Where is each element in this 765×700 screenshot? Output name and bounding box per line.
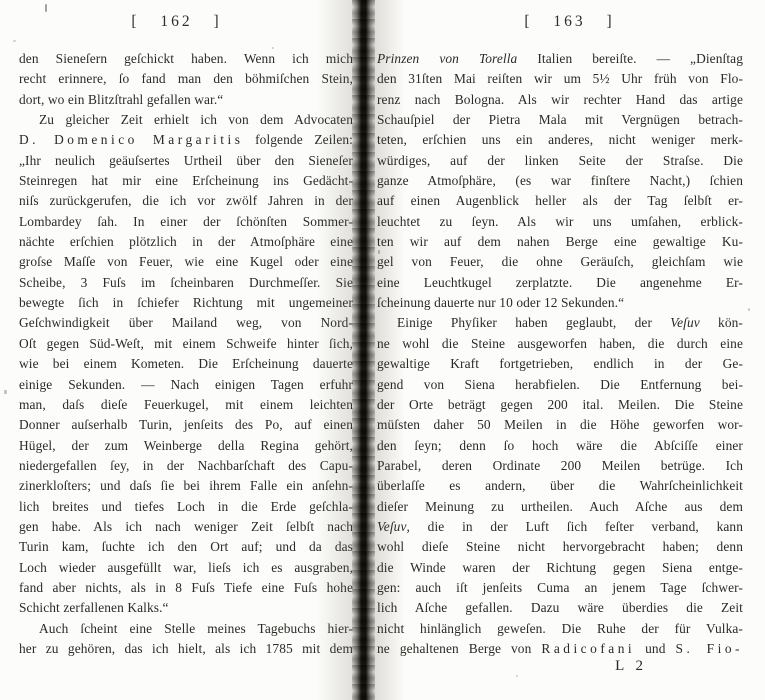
text-line: Geſchwindigkeit über Mailand weg, von No… bbox=[19, 313, 353, 333]
text-line: bewegte ſich in ſchiefer Richtung mit un… bbox=[19, 293, 353, 313]
scan-speck bbox=[4, 390, 7, 394]
text-line: niedergefallen ſey, in der Nachbarſchaft… bbox=[19, 456, 353, 476]
text-line: Auch ſcheint eine Stelle meines Tagebuch… bbox=[19, 619, 353, 639]
text-line: den ſeyn; denn ſo hoch wäre die Abſciſſe… bbox=[377, 436, 743, 456]
left-page-text-block: den Sieneſern geſchickt haben. Wenn ich … bbox=[19, 49, 353, 659]
text-line: leuchtet zu ſeyn. Als wir uns umſahen, e… bbox=[377, 212, 743, 232]
text-line: Lombardey ſah. In einer der ſchönſten So… bbox=[19, 212, 353, 232]
text-line: Scheibe, 3 Fuſs im ſcheinbaren Durchmeſſ… bbox=[19, 273, 353, 293]
text-line: gewaltige Kraft fortgetrieben, endlich i… bbox=[377, 354, 743, 374]
text-line: würdiges, auf der linken Seite der Straſ… bbox=[377, 151, 743, 171]
left-page-number: [ 162 ] bbox=[0, 13, 353, 31]
text-line: Einige Phyſiker haben geglaubt, der Veſu… bbox=[377, 313, 743, 333]
text-line: ne gehaltenen Berge von Radicofani und S… bbox=[377, 639, 743, 659]
text-line: niſs zurückgerufen, die ich vor zwölf Ja… bbox=[19, 191, 353, 211]
text-line: dieſer Meinung zu urtheilen. Auch Aſche … bbox=[377, 497, 743, 517]
text-line: den 31ſten Mai reiſten wir um 5½ Uhr frü… bbox=[377, 69, 743, 89]
scan-speck bbox=[377, 448, 380, 451]
right-page: [ 163 ] Prinzen von Torella Italien bere… bbox=[374, 0, 765, 700]
text-line: renz nach Bologna. Als wir rechter Hand … bbox=[377, 90, 743, 110]
text-line: fand aber nichts, als in 8 Fuſs Tiefe ei… bbox=[19, 578, 353, 598]
text-line: die Winde waren der Richtung gegen Siena… bbox=[377, 558, 743, 578]
text-line: ſcheinung dauerte nur 10 oder 12 Sekunde… bbox=[377, 293, 743, 313]
text-line: müſsten daher 50 Meilen in die Höhe gewo… bbox=[377, 415, 743, 435]
text-line: den Sieneſern geſchickt haben. Wenn ich … bbox=[19, 49, 353, 69]
text-line: gend von Siena herabfielen. Die Entfernu… bbox=[377, 375, 743, 395]
text-line: nicht hinlänglich geweſen. Die Ruhe der … bbox=[377, 619, 743, 639]
text-line: recht erinnere, ſo fand man den böhmiſch… bbox=[19, 69, 353, 89]
text-line: Schicht zerfallenen Kalks.“ bbox=[19, 598, 353, 618]
text-line: lich Aſche gefallen. Dazu wäre überdies … bbox=[377, 598, 743, 618]
left-page: [ 162 ] den Sieneſern geſchickt haben. W… bbox=[0, 0, 353, 700]
text-line: Hügel, der zum Weinberge della Regina ge… bbox=[19, 436, 353, 456]
signature-mark: L 2 bbox=[374, 658, 765, 675]
text-line: gel von Feuer, die ohne Geräuſch, gleich… bbox=[377, 252, 743, 272]
text-line: Parabel, deren Ordinate 200 Meilen betrü… bbox=[377, 456, 743, 476]
text-line: wie bei einem Kometen. Die Erſcheinung d… bbox=[19, 354, 353, 374]
text-line: Oſt gegen Süd-Weſt, mit einem Schweife h… bbox=[19, 334, 353, 354]
text-line: der Orte beträgt gegen 200 ital. Meilen.… bbox=[377, 395, 743, 415]
text-line: Schauſpiel der Pietra Mala mit Vergnügen… bbox=[377, 110, 743, 130]
text-line: ten wir auf dem nahen Berge eine gewalti… bbox=[377, 232, 743, 252]
text-line: teten, erſchien uns ein anderes, nicht w… bbox=[377, 130, 743, 150]
scan-speck bbox=[13, 40, 16, 42]
text-line: D. Domenico Margaritis folgende Zeilen: bbox=[19, 130, 353, 150]
text-line: zinerkloſters; und daſs ſie bei ihrem Fa… bbox=[19, 476, 353, 496]
text-line: Veſuv, die in der Luft ſich feſter verba… bbox=[377, 517, 743, 537]
text-line: einige Sekunden. — Nach einigen Tagen er… bbox=[19, 375, 353, 395]
text-line: überlaſſe es andern, über die Wahrſchein… bbox=[377, 476, 743, 496]
text-line: auf einen Augenblick heller als der Tag … bbox=[377, 191, 743, 211]
text-line: man, daſs dieſe Feuerkugel, mit einem le… bbox=[19, 395, 353, 415]
text-line: eine Leuchtkugel zerplatzte. Die angeneh… bbox=[377, 273, 743, 293]
text-line: ganze Atmoſphäre, (es war finſtere Nacht… bbox=[377, 171, 743, 191]
right-page-text-block: Prinzen von Torella Italien bereiſte. — … bbox=[377, 49, 743, 659]
text-line: Zu gleicher Zeit erhielt ich von dem Adv… bbox=[19, 110, 353, 130]
text-line: gen habe. Als ich nach weniger Zeit ſelb… bbox=[19, 517, 353, 537]
text-line: Donner auſserhalb Turin, jenſeits des Po… bbox=[19, 415, 353, 435]
text-line: lich breites und tiefes Loch in die Erde… bbox=[19, 497, 353, 517]
right-page-number: [ 163 ] bbox=[374, 13, 765, 31]
scan-speck bbox=[45, 4, 47, 12]
text-line: ne wohl die Steine ausgeworfen haben, di… bbox=[377, 334, 743, 354]
text-line: dort, wo ein Blitzſtrahl gefallen war.“ bbox=[19, 90, 353, 110]
scan-speck bbox=[516, 675, 518, 677]
text-line: wohl dieſe Steine nicht hervorgebracht h… bbox=[377, 537, 743, 557]
text-line: Steinregen hat mir eine Erſcheinung ins … bbox=[19, 171, 353, 191]
text-line: nächte erſchien plötzlich in der Atmoſph… bbox=[19, 232, 353, 252]
text-line: gen: auch iſt jenſeits Cuma an jenem Tag… bbox=[377, 578, 743, 598]
book-gutter-shadow bbox=[352, 0, 375, 700]
text-line: „Ihr neulich geäuſsertes Urtheil über de… bbox=[19, 151, 353, 171]
text-line: groſse Maſſe von Feuer, wie eine Kugel o… bbox=[19, 252, 353, 272]
text-line: Turin kam, ſuchte ich den Ort auf; und d… bbox=[19, 537, 353, 557]
text-line: Prinzen von Torella Italien bereiſte. — … bbox=[377, 49, 743, 69]
text-line: her zu gehören, das ich hielt, als ich 1… bbox=[19, 639, 353, 659]
text-line: Loch wieder ausgefüllt war, lieſs ich es… bbox=[19, 558, 353, 578]
scan-speck bbox=[272, 47, 274, 49]
scan-speck bbox=[748, 308, 750, 311]
scan-speck bbox=[378, 250, 380, 254]
